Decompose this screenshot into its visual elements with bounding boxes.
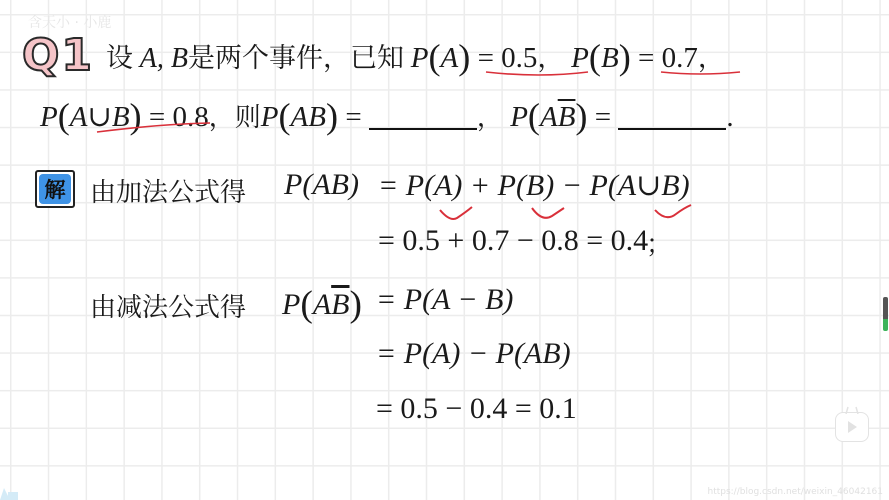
step1-label: 由加法公式得 (90, 172, 246, 209)
solution-badge: 解 (35, 170, 75, 208)
step2-rhs2: = P(A) − P(AB) (376, 337, 571, 371)
text-events: 是两个事件，已知 (188, 43, 404, 74)
play-button[interactable] (835, 412, 869, 442)
step2-rhs3: = 0.5 − 0.4 = 0.1 (376, 392, 577, 426)
event-vars: A, B (140, 43, 188, 74)
step1-rhs: = P(A) + P(B) − P(A∪B) (378, 168, 690, 203)
line-end: ， (698, 43, 725, 74)
prob-ab: P(AB) = (261, 101, 369, 133)
text-then: ，则 (209, 103, 261, 133)
step1-end: ； (646, 224, 672, 261)
answer-blank-1[interactable] (369, 128, 477, 130)
prob-a: P(A) = 0.5 (411, 42, 538, 74)
prob-b: P(B) = 0.7 (571, 42, 698, 74)
step2-label: 由减法公式得 (90, 287, 246, 324)
scroll-indicator[interactable] (883, 297, 888, 331)
question-label: Q1 (22, 30, 94, 81)
badge-text: 解 (37, 174, 73, 204)
prob-a-not-b: P(AB) = (510, 101, 618, 133)
question-line-2: P(A∪B) = 0.8，则P(AB) = ， P(AB) = . (40, 95, 734, 137)
separator: ， (537, 43, 564, 74)
question-line-1: 设 A, B是两个事件，已知 P(A) = 0.5， P(B) = 0.7， (106, 36, 725, 78)
step2-lhs: P(AB) (282, 283, 362, 326)
logo-icon (0, 482, 18, 500)
prob-union: P(A∪B) = 0.8 (40, 101, 209, 133)
play-icon (848, 421, 857, 433)
separator: ， (477, 103, 503, 133)
answer-blank-2[interactable] (618, 128, 726, 130)
line-end: . (726, 101, 733, 133)
top-watermark: 含天小 · 小鹿 (28, 12, 111, 32)
step2-rhs1: = P(A − B) (376, 283, 513, 317)
text-prefix: 设 (106, 43, 133, 74)
step1-lhs: P(AB) (284, 168, 359, 202)
tv-ears-icon (844, 406, 860, 414)
bottom-watermark: https://blog.csdn.net/weixin_46042161 (707, 487, 883, 497)
step1-line2: = 0.5 + 0.7 − 0.8 = 0.4 (378, 224, 648, 258)
